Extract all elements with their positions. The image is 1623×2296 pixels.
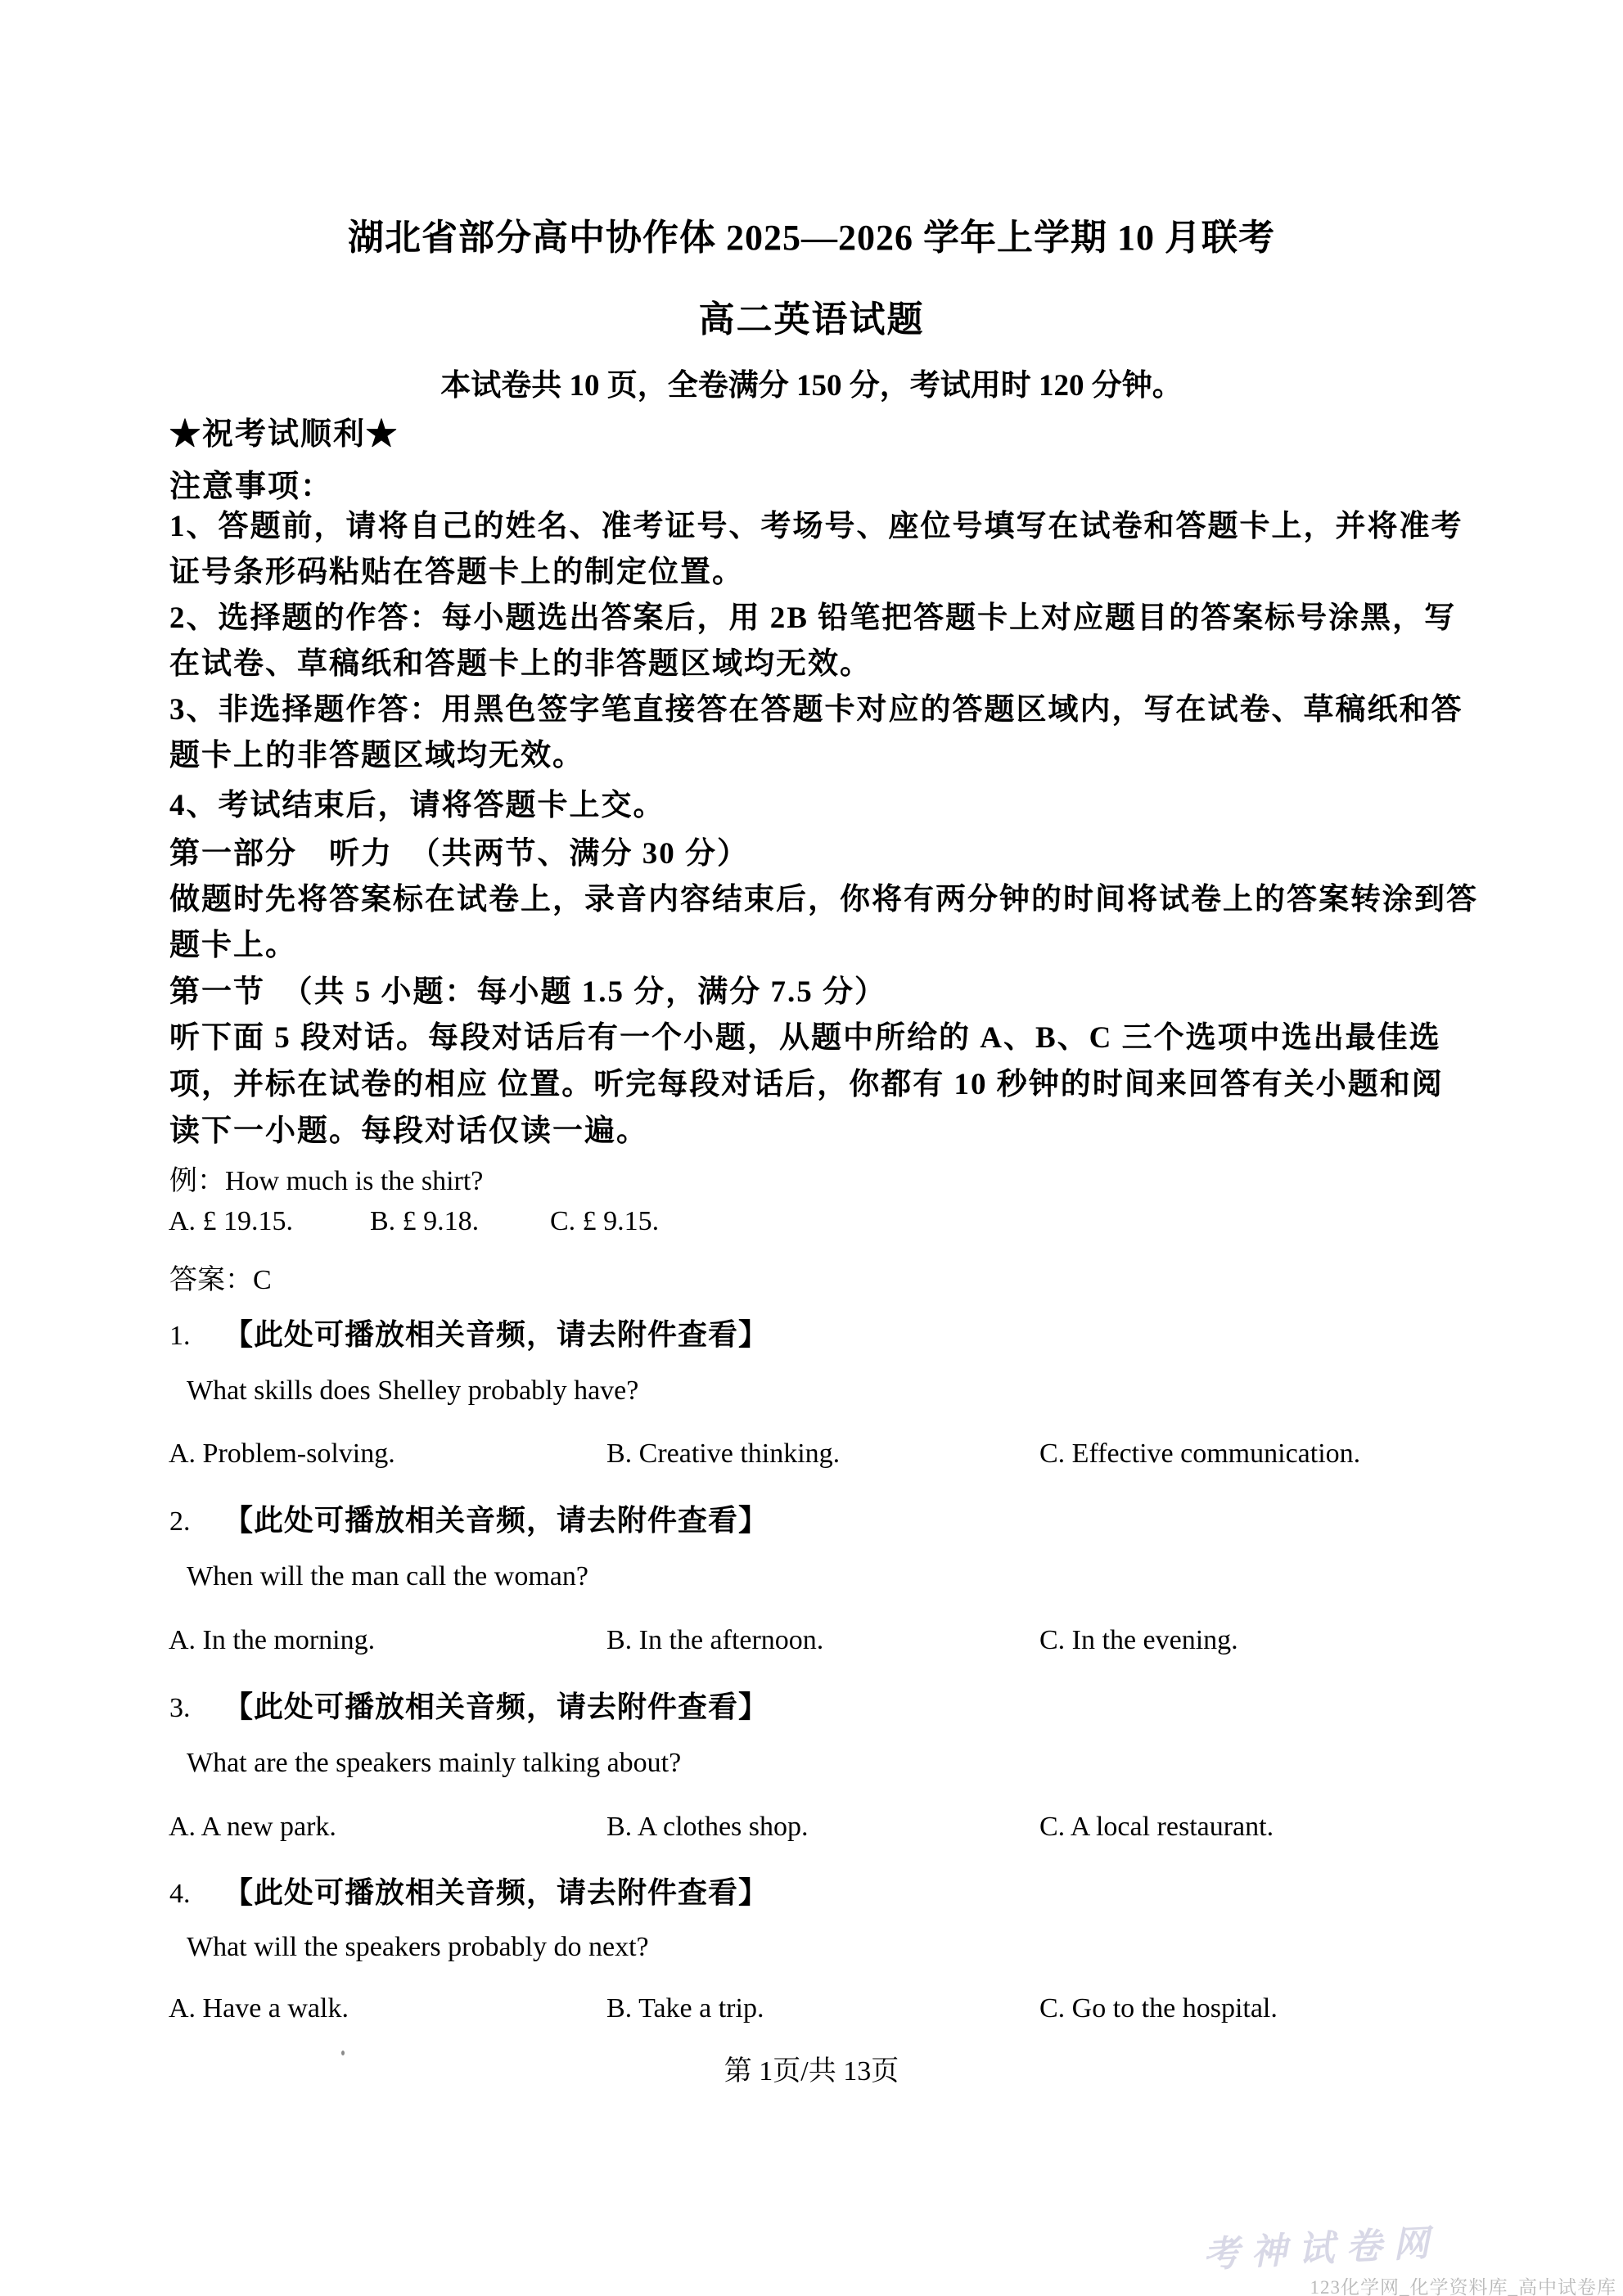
option-a: A. Have a walk.: [169, 1993, 349, 2024]
notice-line: 1、答题前，请将自己的姓名、准考证号、考场号、座位号填写在试卷和答题卡上，并将准…: [169, 501, 1463, 545]
question-number: 2.: [169, 1506, 223, 1537]
section1-instruction-line: 项，并标在试卷的相应 位置。听完每段对话后，你都有 10 秒钟的时间来回答有关小…: [169, 1059, 1444, 1103]
example-option-b: B. £ 9.18.: [370, 1206, 479, 1237]
options-row: A. Have a walk. B. Take a trip. C. Go to…: [169, 1993, 1478, 2029]
exam-info-line: 本试卷共 10 页，全卷满分 150 分，考试用时 120 分钟。: [0, 360, 1623, 404]
audio-placeholder-note: 【此处可播放相关音频，请去附件查看】: [223, 1876, 769, 1909]
notices-heading: 注意事项：: [169, 461, 333, 506]
notice-line: 3、非选择题作答：用黑色签字笔直接答在答题卡对应的答题区域内，写在试卷、草稿纸和…: [169, 684, 1463, 728]
option-c: C. In the evening.: [1039, 1625, 1238, 1656]
example-answer-line: 答案：C: [169, 1257, 272, 1297]
question-text: What will the speakers probably do next?: [187, 1932, 649, 1963]
question-audio-line: 1.【此处可播放相关音频，请去附件查看】: [169, 1312, 769, 1353]
notice-line: 在试卷、草稿纸和答题卡上的非答题区域均无效。: [169, 638, 872, 682]
question-text: When will the man call the woman?: [187, 1561, 588, 1592]
part1-intro-line: 做题时先将答案标在试卷上，录音内容结束后，你将有两分钟的时间将试卷上的答案转涂到…: [169, 874, 1478, 918]
section1-heading: 第一节 （共 5 小题：每小题 1.5 分，满分 7.5 分）: [169, 966, 886, 1011]
example-question-text: How much is the shirt?: [225, 1166, 483, 1196]
option-c: C. A local restaurant.: [1039, 1812, 1274, 1843]
question-number: 3.: [169, 1693, 223, 1724]
source-watermark: 123化学网_化学资料库_高中试卷库: [1310, 2272, 1617, 2296]
audio-placeholder-note: 【此处可播放相关音频，请去附件查看】: [223, 1690, 769, 1723]
part1-intro-line: 题卡上。: [169, 920, 297, 964]
notice-line: 2、选择题的作答：每小题选出答案后，用 2B 铅笔把答题卡上对应题目的答案标号涂…: [169, 592, 1456, 637]
option-c: C. Go to the hospital.: [1039, 1993, 1278, 2024]
example-answer-label: 答案：: [169, 1265, 253, 1295]
example-prompt: 例：How much is the shirt?: [169, 1158, 483, 1198]
options-row: A. In the morning. B. In the afternoon. …: [169, 1625, 1478, 1661]
section1-instruction-line: 读下一小题。每段对话仅读一遍。: [169, 1105, 648, 1150]
page-indicator: 第 1页/共 13页: [0, 2048, 1623, 2088]
audio-placeholder-note: 【此处可播放相关音频，请去附件查看】: [223, 1504, 769, 1537]
notice-line: 题卡上的非答题区域均无效。: [169, 730, 584, 774]
audio-placeholder-note: 【此处可播放相关音频，请去附件查看】: [223, 1318, 769, 1351]
example-answer-value: C: [253, 1265, 272, 1295]
question-text: What are the speakers mainly talking abo…: [187, 1748, 681, 1779]
option-b: B. Take a trip.: [606, 1993, 764, 2024]
section1-instruction-line: 听下面 5 段对话。每段对话后有一个小题，从题中所给的 A、B、C 三个选项中选…: [169, 1012, 1441, 1056]
option-b: B. In the afternoon.: [606, 1625, 823, 1656]
notice-line: 4、考试结束后，请将答题卡上交。: [169, 780, 665, 824]
brand-watermark: 考神试卷网: [1202, 2213, 1442, 2277]
question-text: What skills does Shelley probably have?: [187, 1375, 638, 1407]
option-b: B. A clothes shop.: [606, 1812, 809, 1843]
exam-wish-line: ★祝考试顺利★: [169, 408, 399, 453]
option-a: A. In the morning.: [169, 1625, 375, 1656]
options-row: A. A new park. B. A clothes shop. C. A l…: [169, 1812, 1478, 1848]
exam-paper-page: 湖北省部分高中协作体 2025—2026 学年上学期 10 月联考 高二英语试题…: [0, 0, 1623, 2296]
question-audio-line: 3.【此处可播放相关音频，请去附件查看】: [169, 1684, 769, 1726]
question-number: 1.: [169, 1321, 223, 1352]
question-number: 4.: [169, 1879, 223, 1910]
options-row: A. Problem-solving. B. Creative thinking…: [169, 1438, 1478, 1474]
notice-line: 证号条形码粘贴在答题卡上的制定位置。: [169, 547, 744, 591]
example-option-c: C. £ 9.15.: [550, 1206, 659, 1237]
question-audio-line: 2.【此处可播放相关音频，请去附件查看】: [169, 1497, 769, 1539]
example-option-a: A. £ 19.15.: [169, 1206, 293, 1237]
question-audio-line: 4.【此处可播放相关音频，请去附件查看】: [169, 1870, 769, 1911]
part1-heading: 第一部分 听力 （共两节、满分 30 分）: [169, 828, 749, 872]
example-label: 例：: [169, 1166, 225, 1196]
example-options-row: A. £ 19.15. B. £ 9.18. C. £ 9.15.: [169, 1206, 1478, 1242]
option-c: C. Effective communication.: [1039, 1438, 1360, 1470]
watermark-speck: [1206, 2256, 1210, 2258]
exam-title: 湖北省部分高中协作体 2025—2026 学年上学期 10 月联考: [0, 208, 1623, 260]
option-a: A. Problem-solving.: [169, 1438, 395, 1470]
exam-subtitle: 高二英语试题: [0, 290, 1623, 342]
option-b: B. Creative thinking.: [606, 1438, 840, 1470]
option-a: A. A new park.: [169, 1812, 336, 1843]
